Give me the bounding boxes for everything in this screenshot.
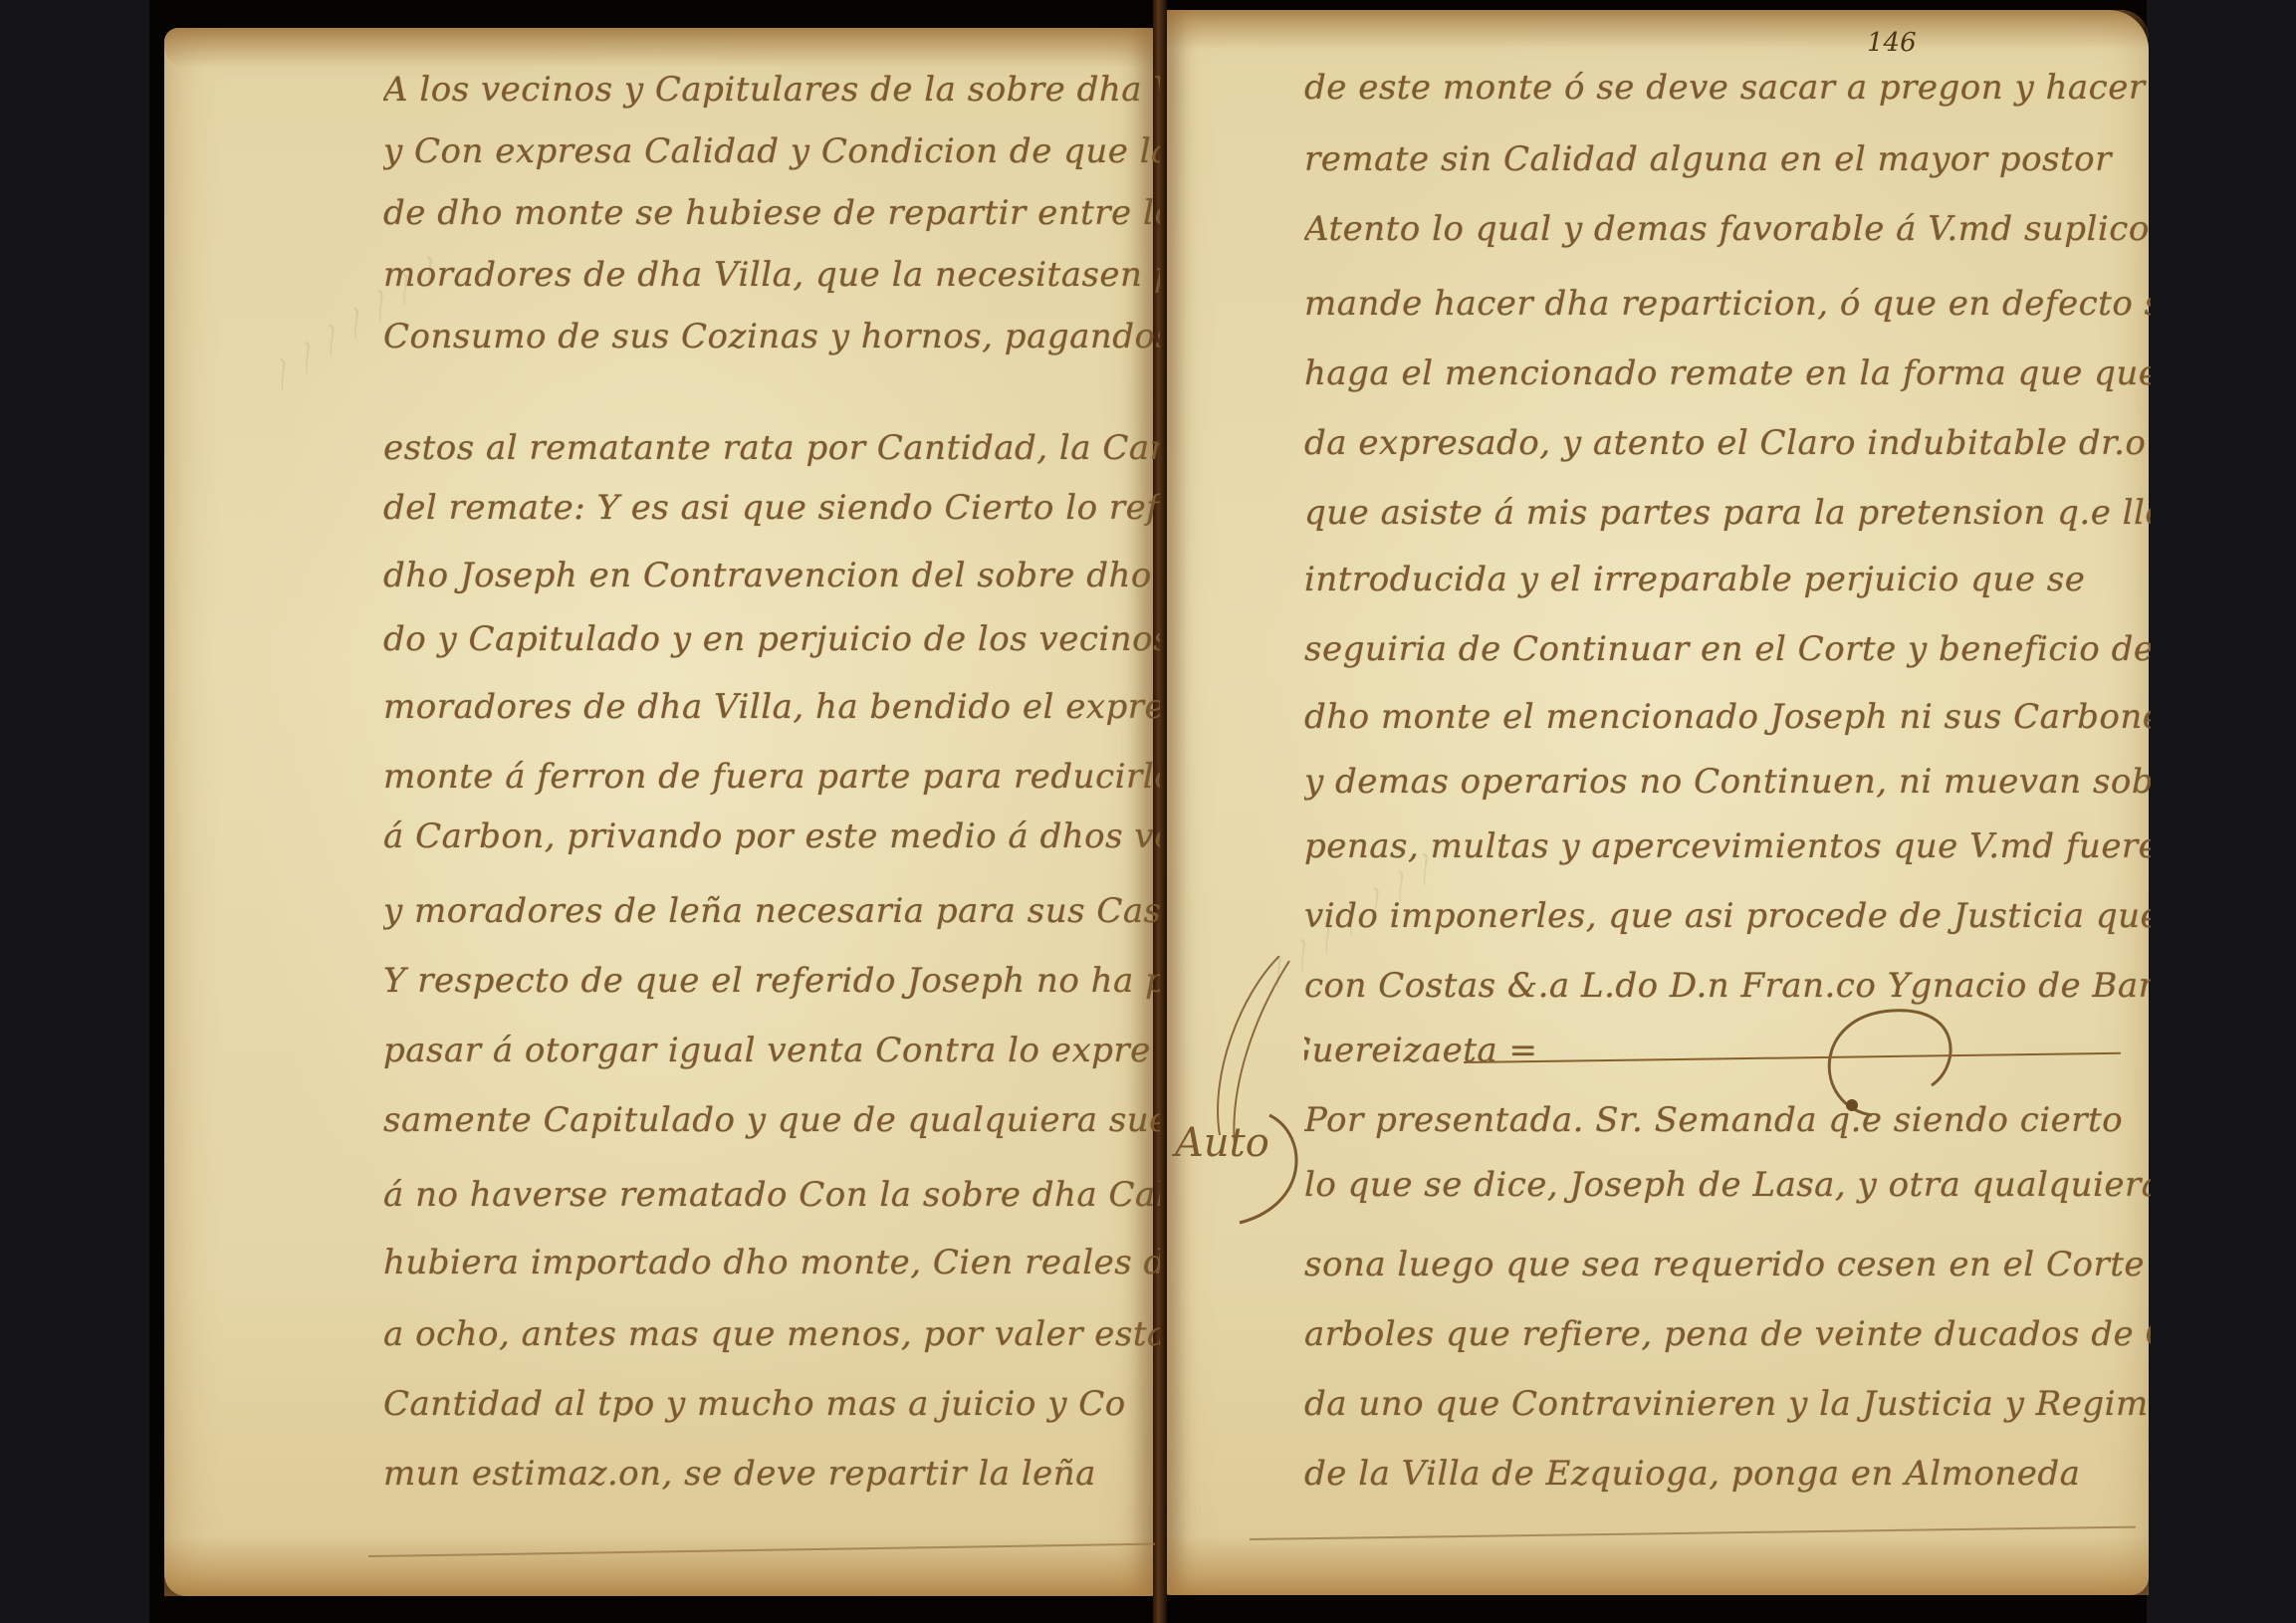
text-line: monte á ferron de fuera parte para reduc… (383, 757, 1160, 797)
text-line: vido imponerles, que asi procede de Just… (1304, 896, 2151, 936)
text-line: introducida y el irreparable perjuicio q… (1304, 560, 2085, 599)
text-line: a ocho, antes mas que menos, por valer e… (383, 1314, 1160, 1354)
text-line: mun estimaz.on, se deve repartir la leña (383, 1454, 1096, 1494)
text-line: seguiria de Continuar en el Corte y bene… (1304, 629, 2151, 669)
text-line: y moradores de leña necesaria para sus C… (383, 891, 1160, 931)
text-line: penas, multas y apercevimientos que V.md… (1304, 826, 2151, 866)
text-line: samente Capitulado y que de qualquiera s… (383, 1100, 1160, 1140)
text-line: da expresado, y atento el Claro indubita… (1304, 423, 2146, 463)
text-line: moradores de dha Villa, ha bendido el ex… (383, 687, 1160, 727)
text-line: y demas operarios no Continuen, ni mueva… (1304, 762, 2151, 802)
auto-text-line: sona luego que sea requerido cesen en el… (1304, 1245, 2151, 1284)
text-line: Atento lo qual y demas favorable á V.md … (1304, 209, 2150, 249)
margin-note-auto: Auto (1175, 1120, 1269, 1166)
text-line: moradores de dha Villa, que la necesitas… (383, 255, 1160, 295)
text-line: á Carbon, privando por este medio á dhos… (383, 816, 1160, 856)
auto-text-line: Por presentada. Sr. Semanda q.e siendo c… (1304, 1100, 2123, 1140)
auto-text-line: arboles que refiere, pena de veinte duca… (1304, 1314, 2151, 1354)
text-line: dho Joseph en Contravencion del sobre dh… (383, 556, 1160, 595)
text-line: y Con expresa Calidad y Condicion de que… (383, 131, 1160, 171)
text-line: dho monte el mencionado Joseph ni sus Ca… (1304, 697, 2151, 737)
text-line: del remate: Y es asi que siendo Cierto l… (383, 488, 1160, 528)
text-line: A los vecinos y Capitulares de la sobre … (383, 70, 1160, 110)
text-line: de dho monte se hubiese de repartir entr… (383, 193, 1160, 233)
text-line: mande hacer dha reparticion, ó que en de… (1304, 284, 2151, 324)
text-line: haga el mencionado remate en la forma qu… (1304, 353, 2151, 393)
auto-text-line: da uno que Contravinieren y la Justicia … (1304, 1384, 2151, 1424)
margin-bracket-flourish-icon (1200, 956, 1309, 1225)
text-line: Guereizaeta = (1304, 1031, 1537, 1070)
text-line: con Costas &.a L.do D.n Fran.co Ygnacio … (1304, 966, 2151, 1006)
left-page-text: A los vecinos y Capitulares de la sobre … (383, 0, 1160, 1593)
text-line: Consumo de sus Cozinas y hornos, pagando… (383, 317, 1160, 356)
text-line: do y Capitulado y en perjuicio de los ve… (383, 619, 1160, 659)
signature-flourish-icon (1812, 996, 1971, 1125)
text-line: estos al rematante rata por Cantidad, la… (383, 428, 1160, 468)
text-line: Cantidad al tpo y mucho mas a juicio y C… (383, 1384, 1126, 1424)
text-line: Y respecto de que el referido Joseph no … (383, 961, 1160, 1001)
text-line: pasar á otorgar igual venta Contra lo ex… (383, 1031, 1151, 1070)
text-line: de este monte ó se deve sacar a pregon y… (1304, 68, 2151, 108)
text-line: que asiste á mis partes para la pretensi… (1304, 493, 2151, 533)
auto-text-line: de la Villa de Ezquioga, ponga en Almone… (1304, 1454, 2080, 1494)
text-line: á no haverse rematado Con la sobre dha C… (383, 1175, 1160, 1215)
right-page-text: de este monte ó se deve sacar a pregon y… (1304, 0, 2151, 1593)
text-line: remate sin Calidad alguna en el mayor po… (1304, 139, 2112, 179)
auto-text-line: lo que se dice, Joseph de Lasa, y otra q… (1304, 1165, 2151, 1205)
text-line: hubiera importado dho monte, Cien reales… (383, 1243, 1160, 1282)
